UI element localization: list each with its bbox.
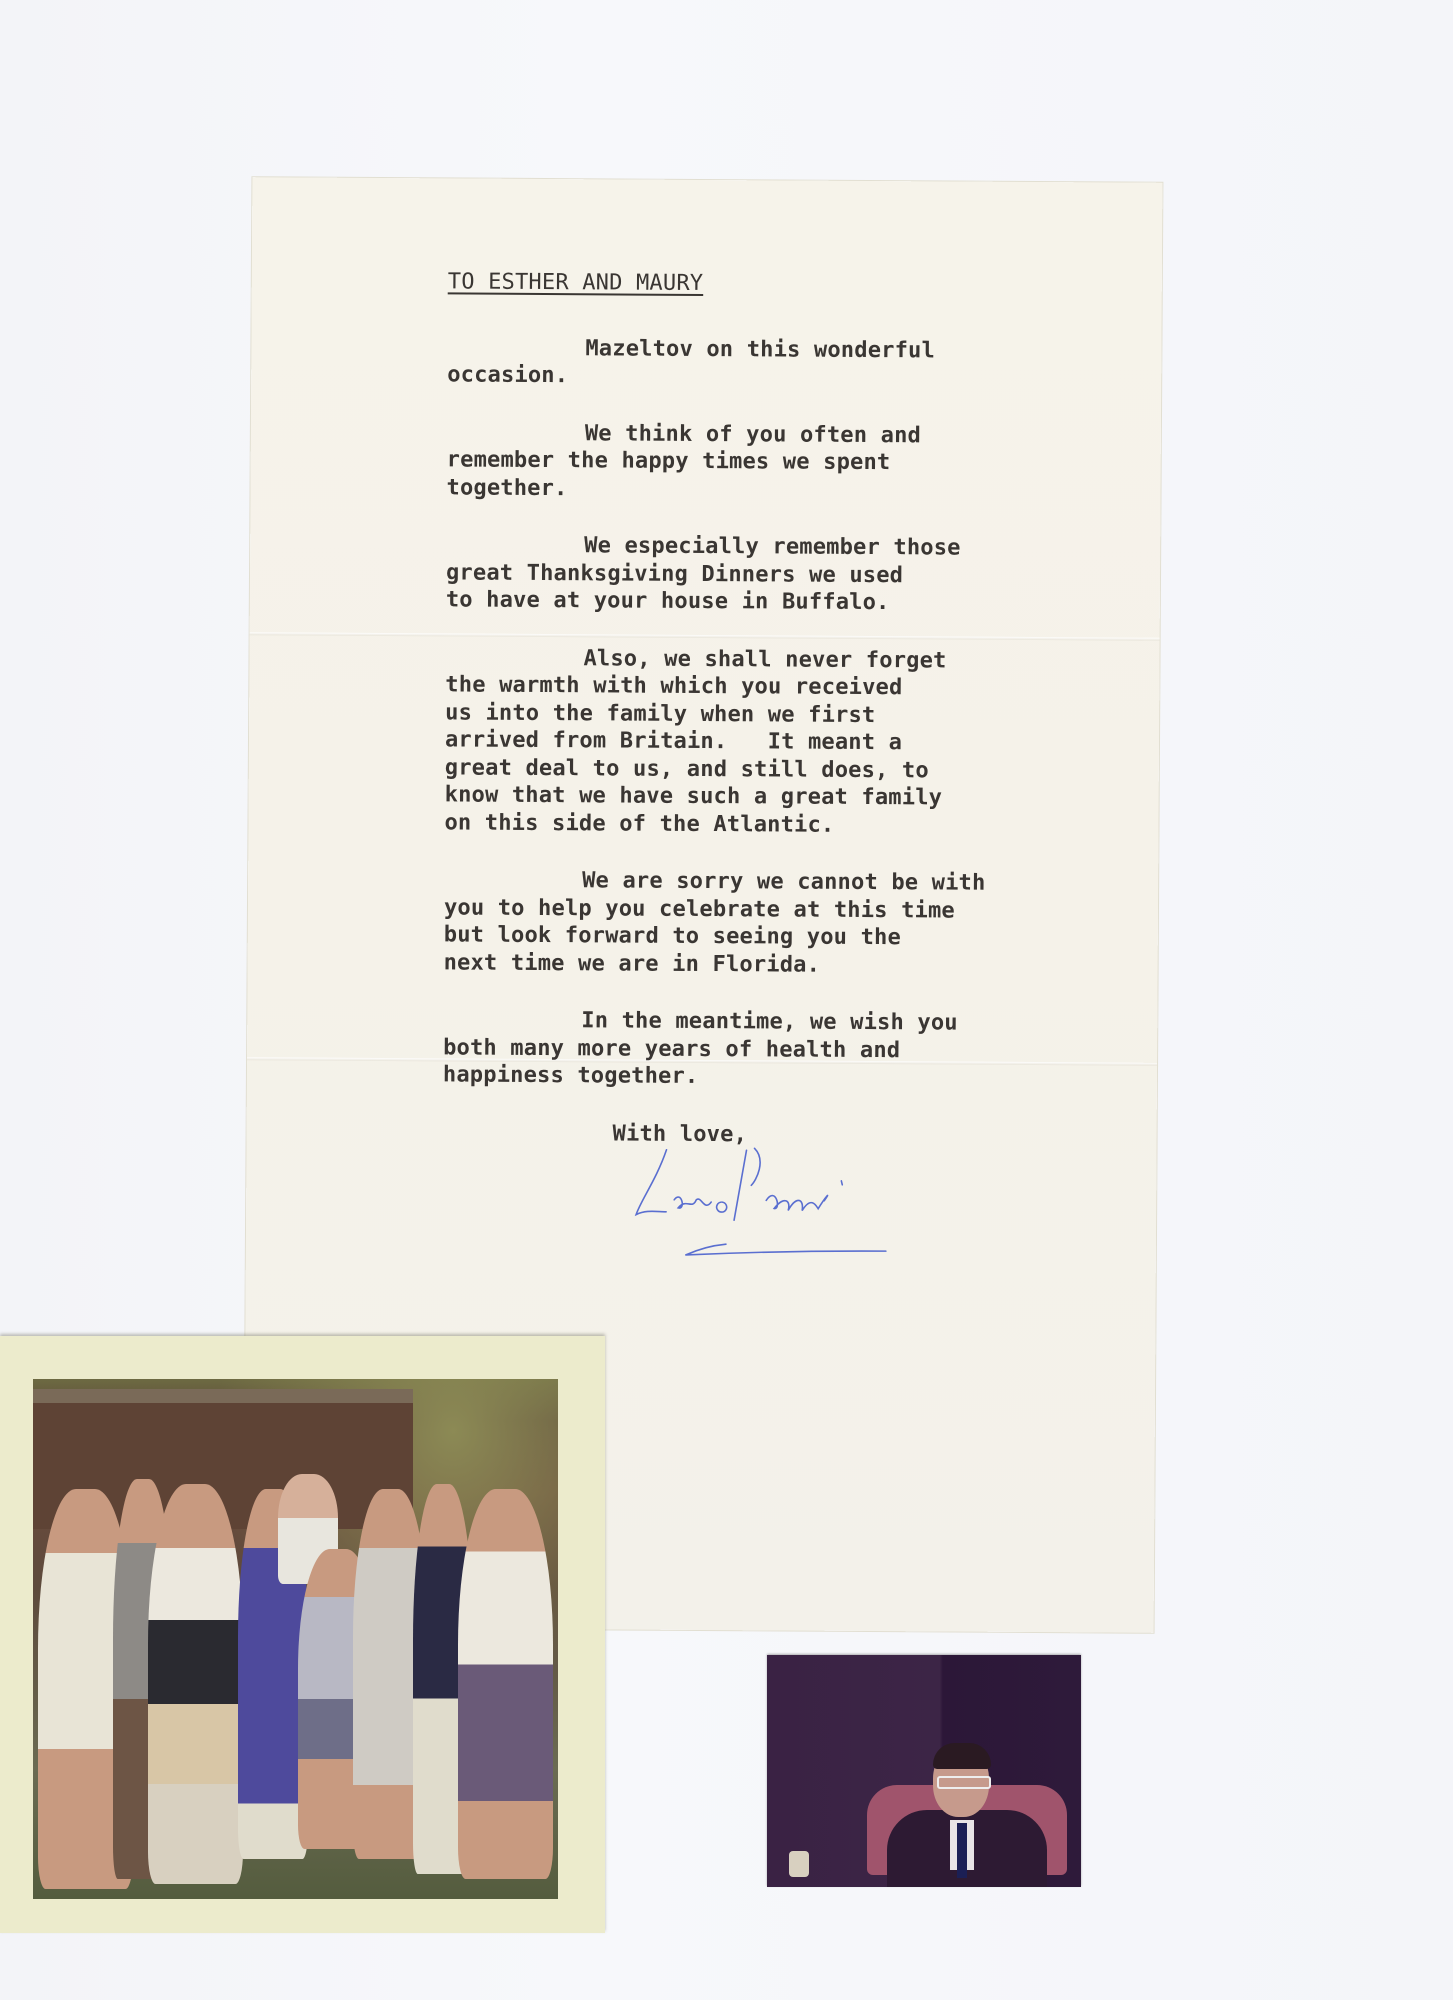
person (148, 1484, 243, 1884)
letter-paragraph: Also, we shall never forget the warmth w… (444, 644, 1125, 841)
hair (933, 1743, 991, 1769)
letter-paragraph: We especially remember those great Thank… (446, 531, 1126, 618)
letter-paragraph: Mazeltov on this wonderful occasion. (447, 334, 1127, 393)
family-photo-image (33, 1379, 558, 1899)
glasses (937, 1776, 991, 1789)
letter-paragraph: In the meantime, we wish you both many m… (443, 1006, 1123, 1093)
tie (957, 1823, 967, 1878)
shed-roof (33, 1389, 413, 1403)
handwritten-signature: Leo & Mame (626, 1140, 947, 1272)
cup (789, 1851, 809, 1877)
family-group-photo (0, 1336, 605, 1933)
letter-body: TO ESTHER AND MAURY Mazeltov on this won… (443, 268, 1128, 1150)
letter-paragraph: We think of you often and remember the h… (446, 419, 1126, 506)
letter-heading: TO ESTHER AND MAURY (448, 268, 704, 297)
letter-paragraph: We are sorry we cannot be with you to he… (444, 866, 1125, 980)
person (458, 1489, 553, 1879)
portrait-photo (767, 1655, 1081, 1887)
